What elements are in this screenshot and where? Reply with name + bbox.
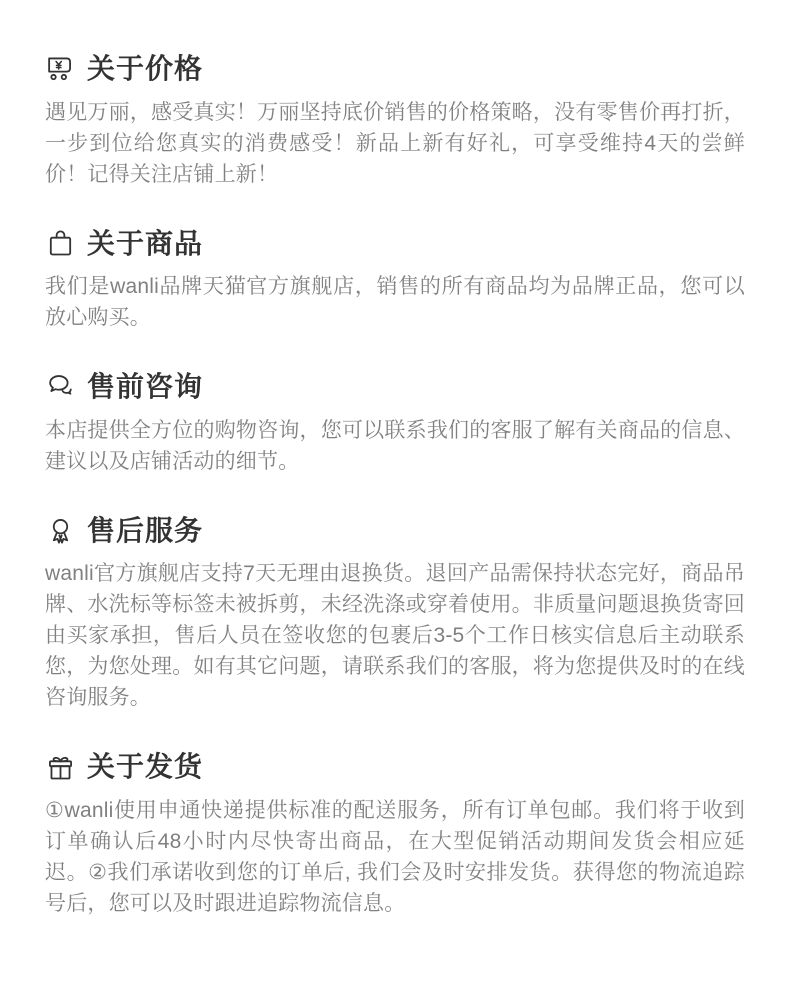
section-title: 售前咨询	[87, 370, 203, 404]
shopping-bag-icon	[45, 228, 76, 259]
section-header: 关于价格	[45, 52, 745, 86]
section-title: 关于发货	[87, 750, 203, 784]
section-header: 售后服务	[45, 514, 745, 548]
medal-icon	[45, 515, 76, 546]
section-title: 关于价格	[87, 52, 203, 86]
section-header: 关于发货	[45, 750, 745, 784]
section-body-text: ①wanli使用申通快递提供标准的配送服务，所有订单包邮。我们将于收到订单确认后…	[45, 795, 745, 919]
section-body-text: wanli官方旗舰店支持7天无理由退换货。退回产品需保持状态完好，商品吊牌、水洗…	[45, 558, 745, 713]
section-header: 关于商品	[45, 227, 745, 261]
store-policy-page: 关于价格 遇见万丽，感受真实！万丽坚持底价销售的价格策略，没有零售价再打折，一步…	[0, 0, 790, 1001]
section-about-product: 关于商品 我们是wanli品牌天猫官方旗舰店，销售的所有商品均为品牌正品，您可以…	[45, 227, 745, 334]
chat-bubbles-icon	[45, 371, 76, 402]
section-body-text: 我们是wanli品牌天猫官方旗舰店，销售的所有商品均为品牌正品，您可以放心购买。	[45, 271, 745, 333]
section-body-text: 遇见万丽，感受真实！万丽坚持底价销售的价格策略，没有零售价再打折，一步到位给您真…	[45, 97, 745, 190]
section-title: 售后服务	[87, 514, 203, 548]
gift-icon	[45, 752, 76, 783]
section-body-text: 本店提供全方位的购物咨询，您可以联系我们的客服了解有关商品的信息、建议以及店铺活…	[45, 415, 745, 477]
section-presale-consult: 售前咨询 本店提供全方位的购物咨询，您可以联系我们的客服了解有关商品的信息、建议…	[45, 370, 745, 477]
cart-yen-icon	[45, 53, 76, 84]
section-about-shipping: 关于发货 ①wanli使用申通快递提供标准的配送服务，所有订单包邮。我们将于收到…	[45, 750, 745, 919]
section-about-price: 关于价格 遇见万丽，感受真实！万丽坚持底价销售的价格策略，没有零售价再打折，一步…	[45, 52, 745, 190]
section-title: 关于商品	[87, 227, 203, 261]
section-header: 售前咨询	[45, 370, 745, 404]
section-aftersale-service: 售后服务 wanli官方旗舰店支持7天无理由退换货。退回产品需保持状态完好，商品…	[45, 514, 745, 714]
